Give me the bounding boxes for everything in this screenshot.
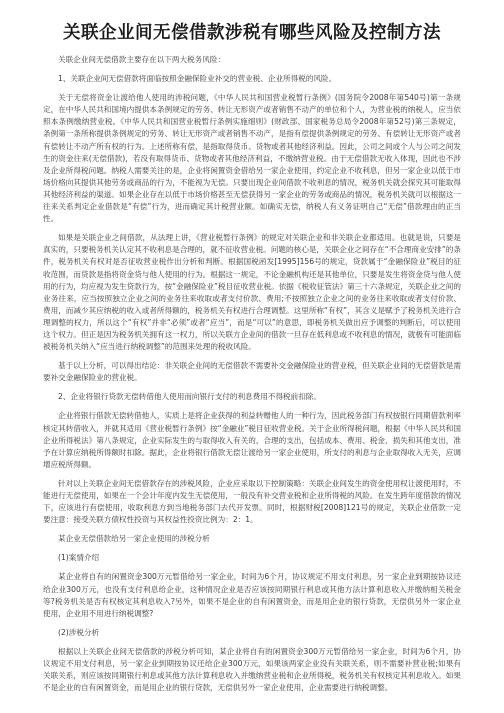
document-page: 关联企业间无偿借款涉税有哪些风险及控制方法 关联企业间无偿借款主要存在以下两大税… <box>0 0 504 713</box>
document-title: 关联企业间无偿借款涉税有哪些风险及控制方法 <box>0 22 504 44</box>
intro-paragraph: 关联企业间无偿借款主要存在以下两大税务风险： <box>43 54 461 66</box>
risk-1-heading: 1、关联企业间无偿借款将面临按照金融保险业补交的营业税、企业所得税的风险。 <box>43 73 461 85</box>
control-strategy-paragraph: 针对以上关联企业间无偿借款存在的涉税风险，企业应采取以下控制策略：关联企业间发生… <box>43 478 461 526</box>
case-heading: 某企业无偿借款给另一家企业使用的涉税分析 <box>43 533 461 545</box>
case-intro-paragraph: 某企业将自有的闲置资金300万元暂借给另一家企业，时间为6个月，协议规定不用支付… <box>43 571 461 619</box>
tax-analysis-paragraph: 根据以上关联企业间无偿借款的涉税分析可知，某企业将自有的闲置资金300万元暂借给… <box>43 646 461 694</box>
document-body: 关联企业间无偿借款主要存在以下两大税务风险： 1、关联企业间无偿借款将面临按照金… <box>43 54 461 701</box>
case-intro-heading: (1)案情介绍 <box>43 552 461 564</box>
body-paragraph: 企业将银行借款无偿转借他人，实质上是将企业获得的利益转赠他人的一种行为，因此税务… <box>43 410 461 470</box>
body-paragraph: 关于无偿将资金让渡给他人使用的涉税问题，《中华人民共和国营业税暂行条例》(国务院… <box>43 92 461 225</box>
body-paragraph: 如果是关联企业之间借款，从法理上讲，《营业税暂行条例》的规定对关联企业和非关联企… <box>43 232 461 353</box>
risk-2-heading: 2、企业将银行贷款无偿转借他人使用而向银行支付的利息费用不得税前扣除。 <box>43 391 461 403</box>
tax-analysis-heading: (2)涉税分析 <box>43 627 461 639</box>
conclusion-paragraph: 基于以上分析，可以得出结论：非关联企业间的无偿借款不需要补交金融保险业的营业税，… <box>43 360 461 384</box>
